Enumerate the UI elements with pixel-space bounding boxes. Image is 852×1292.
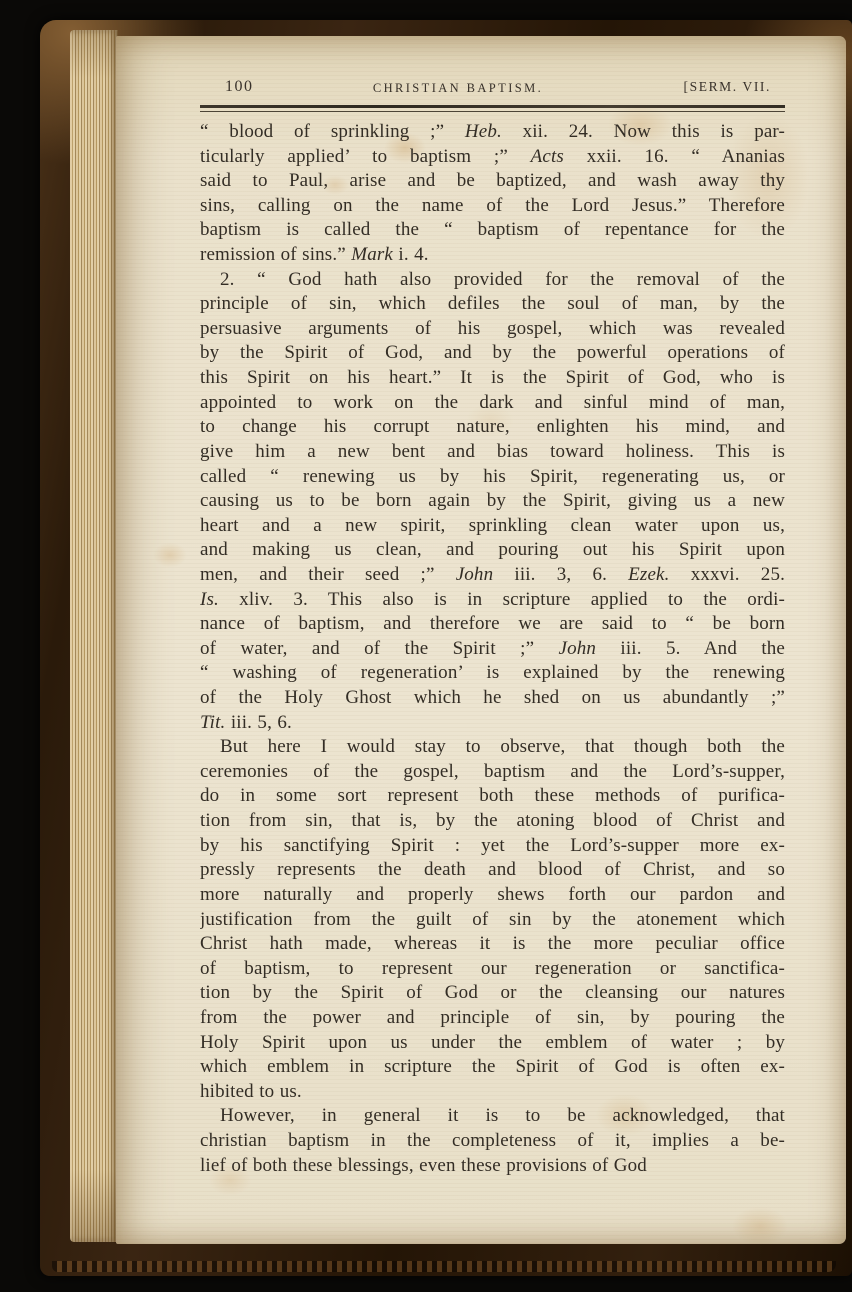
text-line: of the Holy Ghost which he shed on us ab… [200,686,785,711]
text-line: do in some sort represent both these met… [200,784,785,809]
text-line: Tit. iii. 5, 6. [200,711,785,736]
text-line: from the power and principle of sin, by … [200,1006,785,1031]
text-line: appointed to work on the dark and sinful… [200,391,785,416]
text-line: pressly represents the death and blood o… [200,858,785,883]
text-line: sins, calling on the name of the Lord Je… [200,194,785,219]
text-line: and making us clean, and pouring out his… [200,538,785,563]
text-line: justification from the guilt of sin by t… [200,908,785,933]
text-line: men, and their seed ;” John iii. 3, 6. E… [200,563,785,588]
text-line: nance of baptism, and therefore we are s… [200,612,785,637]
text-line: Is. xliv. 3. This also is in scripture a… [200,588,785,613]
text-line: this Spirit on his heart.” It is the Spi… [200,366,785,391]
text-line: said to Paul, arise and be baptized, and… [200,169,785,194]
paragraph: “ blood of sprinkling ;” Heb. xii. 24. N… [200,120,785,268]
body-text: “ blood of sprinkling ;” Heb. xii. 24. N… [200,120,785,1178]
paragraph: 2. “ God hath also provided for the remo… [200,268,785,736]
text-line: heart and a new spirit, sprinkling clean… [200,514,785,539]
text-line: of water, and of the Spirit ;” John iii.… [200,637,785,662]
text-line: causing us to be born again by the Spiri… [200,489,785,514]
text-line: lief of both these blessings, even these… [200,1154,785,1179]
text-line: more naturally and properly shews forth … [200,883,785,908]
header-rule-thin [200,111,785,112]
page-number: 100 [225,78,254,96]
text-line: christian baptism in the completeness of… [200,1129,785,1154]
text-line: Christ hath made, whereas it is the more… [200,932,785,957]
text-line: give him a new bent and bias toward holi… [200,440,785,465]
text-line: But here I would stay to observe, that t… [200,735,785,760]
book-page: 100 CHRISTIAN BAPTISM. [SERM. VII. “ blo… [116,36,846,1244]
text-line: ticularly applied’ to baptism ;” Acts xx… [200,145,785,170]
book-cover: 100 CHRISTIAN BAPTISM. [SERM. VII. “ blo… [40,20,852,1276]
page-header: 100 CHRISTIAN BAPTISM. [SERM. VII. [200,78,785,122]
paragraph: However, in general it is to be acknowle… [200,1104,785,1178]
text-line: tion by the Spirit of God or the cleansi… [200,981,785,1006]
text-line: principle of sin, which defiles the soul… [200,292,785,317]
text-line: Holy Spirit upon us under the emblem of … [200,1031,785,1056]
text-line: remission of sins.” Mark i. 4. [200,243,785,268]
section-label: [SERM. VII. [684,79,771,95]
text-line: tion from sin, that is, by the atoning b… [200,809,785,834]
header-rule-thick [200,105,785,108]
text-line: persuasive arguments of his gospel, whic… [200,317,785,342]
scan-background: 100 CHRISTIAN BAPTISM. [SERM. VII. “ blo… [0,0,852,1292]
running-title: CHRISTIAN BAPTISM. [373,81,543,96]
cover-bottom-tooling [52,1261,836,1272]
text-line: by his sanctifying Spirit : yet the Lord… [200,834,785,859]
text-line: baptism is called the “ baptism of repen… [200,218,785,243]
text-line: hibited to us. [200,1080,785,1105]
text-line: “ washing of regeneration’ is explained … [200,661,785,686]
text-line: called “ renewing us by his Spirit, rege… [200,465,785,490]
text-line: of baptism, to represent our regeneratio… [200,957,785,982]
paragraph: But here I would stay to observe, that t… [200,735,785,1104]
text-line: “ blood of sprinkling ;” Heb. xii. 24. N… [200,120,785,145]
text-line: ceremonies of the gospel, baptism and th… [200,760,785,785]
text-line: However, in general it is to be acknowle… [200,1104,785,1129]
page-edges [70,30,118,1242]
text-line: 2. “ God hath also provided for the remo… [200,268,785,293]
text-line: which emblem in scripture the Spirit of … [200,1055,785,1080]
text-line: to change his corrupt nature, enlighten … [200,415,785,440]
text-line: by the Spirit of God, and by the powerfu… [200,341,785,366]
